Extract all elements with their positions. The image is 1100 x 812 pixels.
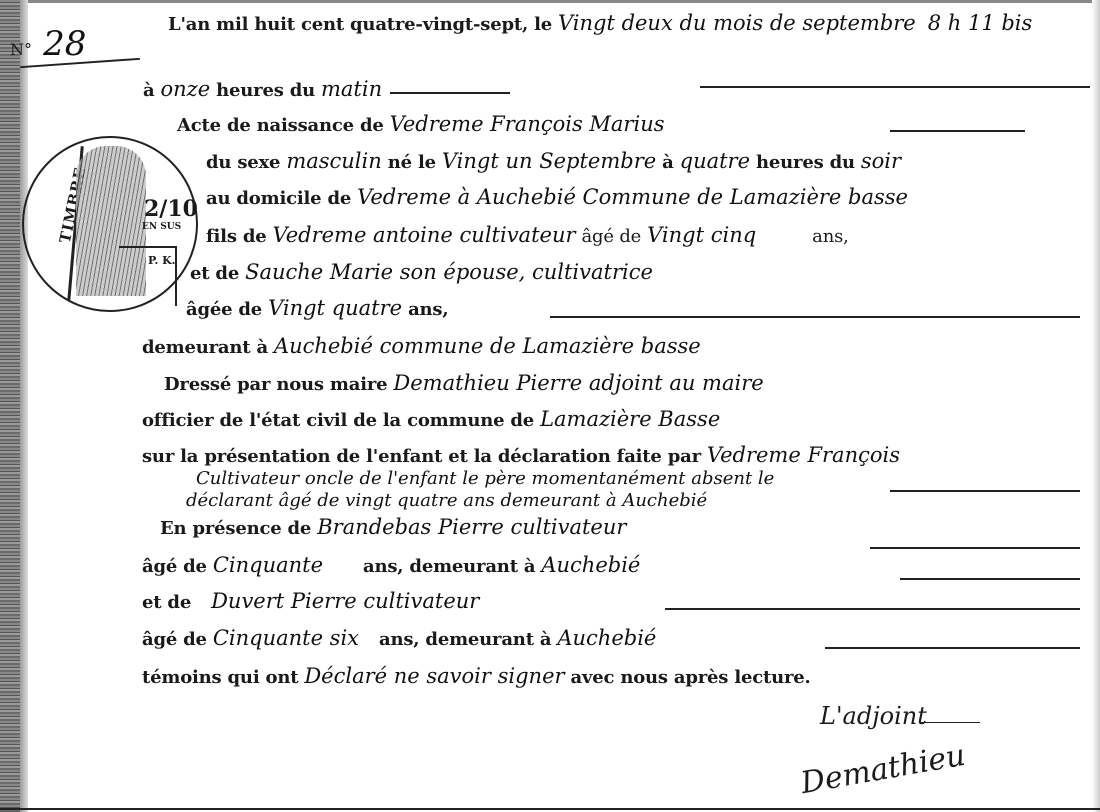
handwritten-witness1-residence: Auchebié xyxy=(541,553,640,577)
handwritten-hour: onze xyxy=(160,77,210,101)
rule xyxy=(900,578,1080,580)
line-date: L'an mil huit cent quatre-vingt-sept, le… xyxy=(168,12,1038,36)
printed-text: ans, xyxy=(812,226,848,247)
printed-text: âgé de xyxy=(582,226,642,247)
line-mother: et deSauche Marie son épouse, cultivatri… xyxy=(190,261,659,285)
stamp-value: 2/10 xyxy=(144,196,198,222)
handwritten-period: matin xyxy=(321,77,382,101)
stamp-initials: P. K. xyxy=(148,254,176,267)
line-witness-statement: témoins qui ontDéclaré ne savoir signera… xyxy=(142,665,811,689)
line-declarant-detail: Cultivateur oncle de l'enfant le père mo… xyxy=(190,468,780,490)
handwritten-child-name: Vedreme François Marius xyxy=(390,112,665,136)
handwritten-witness2-age: Cinquante six xyxy=(213,626,359,650)
handwritten-domicile: Vedreme à Auchebié Commune de Lamazière … xyxy=(357,185,908,209)
handwritten-declarant-residence: déclarant âgé de vingt quatre ans demeur… xyxy=(186,490,707,511)
printed-text: Acte de naissance de xyxy=(177,115,384,136)
handwritten-commune: Lamazière Basse xyxy=(540,407,720,431)
line-domicile: au domicile deVedreme à Auchebié Commune… xyxy=(206,186,914,210)
line-witness1-age: âgé deCinquanteans, demeurant àAuchebié xyxy=(142,554,646,578)
printed-text: et de xyxy=(190,263,239,284)
printed-text: L'an mil huit cent quatre-vingt-sept, le xyxy=(168,14,552,35)
printed-text: et de xyxy=(142,592,191,613)
rule xyxy=(870,547,1080,549)
printed-text: sur la présentation de l'enfant et la dé… xyxy=(142,446,701,467)
record-number-value: 28 xyxy=(43,24,86,64)
line-child-name: Acte de naissance deVedreme François Mar… xyxy=(177,113,671,137)
line-birth: du sexemasculinné leVingt un Septembreàq… xyxy=(206,150,907,174)
line-drafted-by: Dressé par nous maireDemathieu Pierre ad… xyxy=(164,372,770,396)
line-hour: àonzeheures dumatin xyxy=(143,78,388,102)
line-declarant: sur la présentation de l'enfant et la dé… xyxy=(142,444,906,468)
page-top-edge xyxy=(0,0,1100,3)
rule xyxy=(825,647,1080,649)
handwritten-witness1: Brandebas Pierre cultivateur xyxy=(317,515,626,539)
handwritten-date: Vingt deux du mois de septembre xyxy=(558,11,916,35)
signature-name: Demathieu xyxy=(798,738,968,801)
handwritten-annotation: 8 h 11 bis xyxy=(928,11,1033,35)
line-witness2: et deDuvert Pierre cultivateur xyxy=(142,590,485,614)
handwritten-father: Vedreme antoine cultivateur xyxy=(272,223,575,247)
handwritten-official: Demathieu Pierre adjoint au maire xyxy=(393,371,763,395)
tax-stamp: TIMBRE 2/10 EN SUS P. K. xyxy=(22,136,198,312)
handwritten-witness2: Duvert Pierre cultivateur xyxy=(211,589,479,613)
printed-text: heures du xyxy=(756,152,855,173)
signature-title: L'adjoint xyxy=(820,702,927,730)
handwritten-declarant: Vedreme François xyxy=(707,443,900,467)
printed-text: heures du xyxy=(216,80,315,101)
rule xyxy=(890,490,1080,492)
binding-edge xyxy=(0,0,20,812)
printed-text: au domicile de xyxy=(206,188,351,209)
printed-text: à xyxy=(143,80,154,101)
rule xyxy=(550,316,1080,318)
line-witness1: En présence deBrandebas Pierre cultivate… xyxy=(160,516,632,540)
rule xyxy=(665,608,1080,610)
handwritten-birth-date: Vingt un Septembre xyxy=(442,149,656,173)
printed-text: du sexe xyxy=(206,152,280,173)
handwritten-father-age: Vingt cinq xyxy=(647,223,756,247)
signature-rule xyxy=(920,722,980,723)
rule xyxy=(390,92,510,94)
line-declarant-residence: déclarant âgé de vingt quatre ans demeur… xyxy=(180,490,713,512)
handwritten-mother: Sauche Marie son épouse, cultivatrice xyxy=(245,260,653,284)
printed-text: En présence de xyxy=(160,518,311,539)
printed-text: avec nous après lecture. xyxy=(571,667,811,688)
record-number-label: N° xyxy=(10,40,32,59)
handwritten-residence: Auchebié commune de Lamazière basse xyxy=(274,334,701,358)
printed-text: ans, demeurant à xyxy=(379,629,551,650)
printed-text: âgée de xyxy=(186,299,262,320)
printed-text: né le xyxy=(388,152,436,173)
handwritten-witness2-residence: Auchebié xyxy=(557,626,656,650)
printed-text: ans, demeurant à xyxy=(363,556,535,577)
handwritten-statement: Déclaré ne savoir signer xyxy=(304,664,564,688)
line-residence: demeurant àAuchebié commune de Lamazière… xyxy=(142,335,707,359)
line-commune: officier de l'état civil de la commune d… xyxy=(142,408,726,432)
handwritten-mother-age: Vingt quatre xyxy=(268,296,402,320)
line-mother-age: âgée deVingt quatreans, xyxy=(186,297,448,321)
handwritten-birth-hour: quatre xyxy=(680,149,750,173)
printed-text: témoins qui ont xyxy=(142,667,298,688)
printed-text: âgé de xyxy=(142,556,207,577)
printed-text: fils de xyxy=(206,226,266,247)
handwritten-witness1-age: Cinquante xyxy=(213,553,323,577)
rule xyxy=(700,86,1090,88)
printed-text: Dressé par nous maire xyxy=(164,374,387,395)
line-witness2-age: âgé deCinquante sixans, demeurant àAuche… xyxy=(142,627,662,651)
printed-text: âgé de xyxy=(142,629,207,650)
line-father: fils deVedreme antoine cultivateurâgé de… xyxy=(206,224,849,248)
rule xyxy=(890,130,1025,132)
handwritten-declarant-detail: Cultivateur oncle de l'enfant le père mo… xyxy=(196,468,774,489)
printed-text: demeurant à xyxy=(142,337,268,358)
binding-shadow xyxy=(20,0,28,812)
record-number: N° 28 xyxy=(10,24,92,64)
handwritten-birth-period: soir xyxy=(861,149,901,173)
printed-text: à xyxy=(662,152,673,173)
handwritten-sex: masculin xyxy=(286,149,381,173)
printed-text: ans, xyxy=(408,299,448,320)
page-bottom-edge xyxy=(0,808,1100,810)
page-right-edge xyxy=(1092,0,1100,812)
printed-text: officier de l'état civil de la commune d… xyxy=(142,410,534,431)
stamp-value-sub: EN SUS xyxy=(142,222,181,232)
